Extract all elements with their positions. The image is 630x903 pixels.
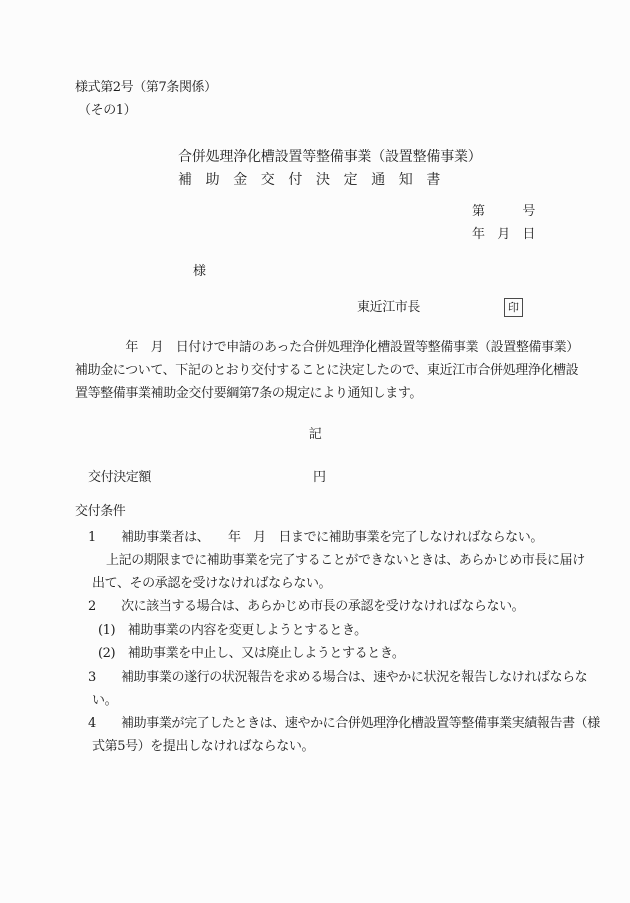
- sender-name: 東近江市長: [357, 300, 420, 316]
- document-title-line1: 合併処理浄化槽設置等整備事業（設置整備事業）: [178, 149, 482, 165]
- condition-line: (2) 補助事業を中止し、又は廃止しようとするとき。: [98, 646, 405, 662]
- addressee-honorific: 様: [193, 264, 206, 280]
- grant-amount-unit: 円: [313, 470, 326, 486]
- form-part: （その1）: [78, 103, 136, 119]
- document-page: 様式第2号（第7条関係） （その1） 合併処理浄化槽設置等整備事業（設置整備事業…: [0, 0, 630, 903]
- condition-line: い。: [92, 693, 117, 709]
- document-title-line2: 補 助 金 交 付 決 定 通 知 書: [178, 172, 440, 188]
- condition-line: 1 補助事業者は、 年 月 日までに補助事業を完了しなければならない。: [88, 530, 543, 546]
- date-field: 年 月 日: [472, 227, 535, 243]
- doc-number-field: 第 号: [472, 204, 535, 220]
- condition-line: 2 次に該当する場合は、あらかじめ市長の承認を受けなければならない。: [88, 599, 524, 615]
- condition-line: 3 補助事業の遂行の状況報告を求める場合は、速やかに状況を報告しなければならな: [88, 670, 587, 686]
- condition-line: 式第5号）を提出しなければならない。: [92, 739, 314, 755]
- seal-mark: 印: [504, 298, 523, 317]
- notification-body-line: 年 月 日付けで申請のあった合併処理浄化槽設置等整備事業（設置整備事業）: [75, 340, 579, 356]
- conditions-heading: 交付条件: [75, 504, 125, 520]
- record-heading: 記: [0, 427, 630, 443]
- condition-line: 上記の期限までに補助事業を完了することができないときは、あらかじめ市長に届け: [106, 553, 585, 569]
- notification-body-line: 置等整備事業補助金交付要綱第7条の規定により通知します。: [75, 386, 422, 402]
- condition-line: 4 補助事業が完了したときは、速やかに合併処理浄化槽設置等整備事業実績報告書（様: [88, 716, 600, 732]
- grant-amount-label: 交付決定額: [88, 470, 151, 486]
- form-number: 様式第2号（第7条関係）: [75, 80, 217, 96]
- condition-line: 出て、その承認を受けなければならない。: [92, 576, 331, 592]
- notification-body-line: 補助金について、下記のとおり交付することに決定したので、東近江市合併処理浄化槽設: [75, 363, 578, 379]
- condition-line: (1) 補助事業の内容を変更しようとするとき。: [98, 623, 367, 639]
